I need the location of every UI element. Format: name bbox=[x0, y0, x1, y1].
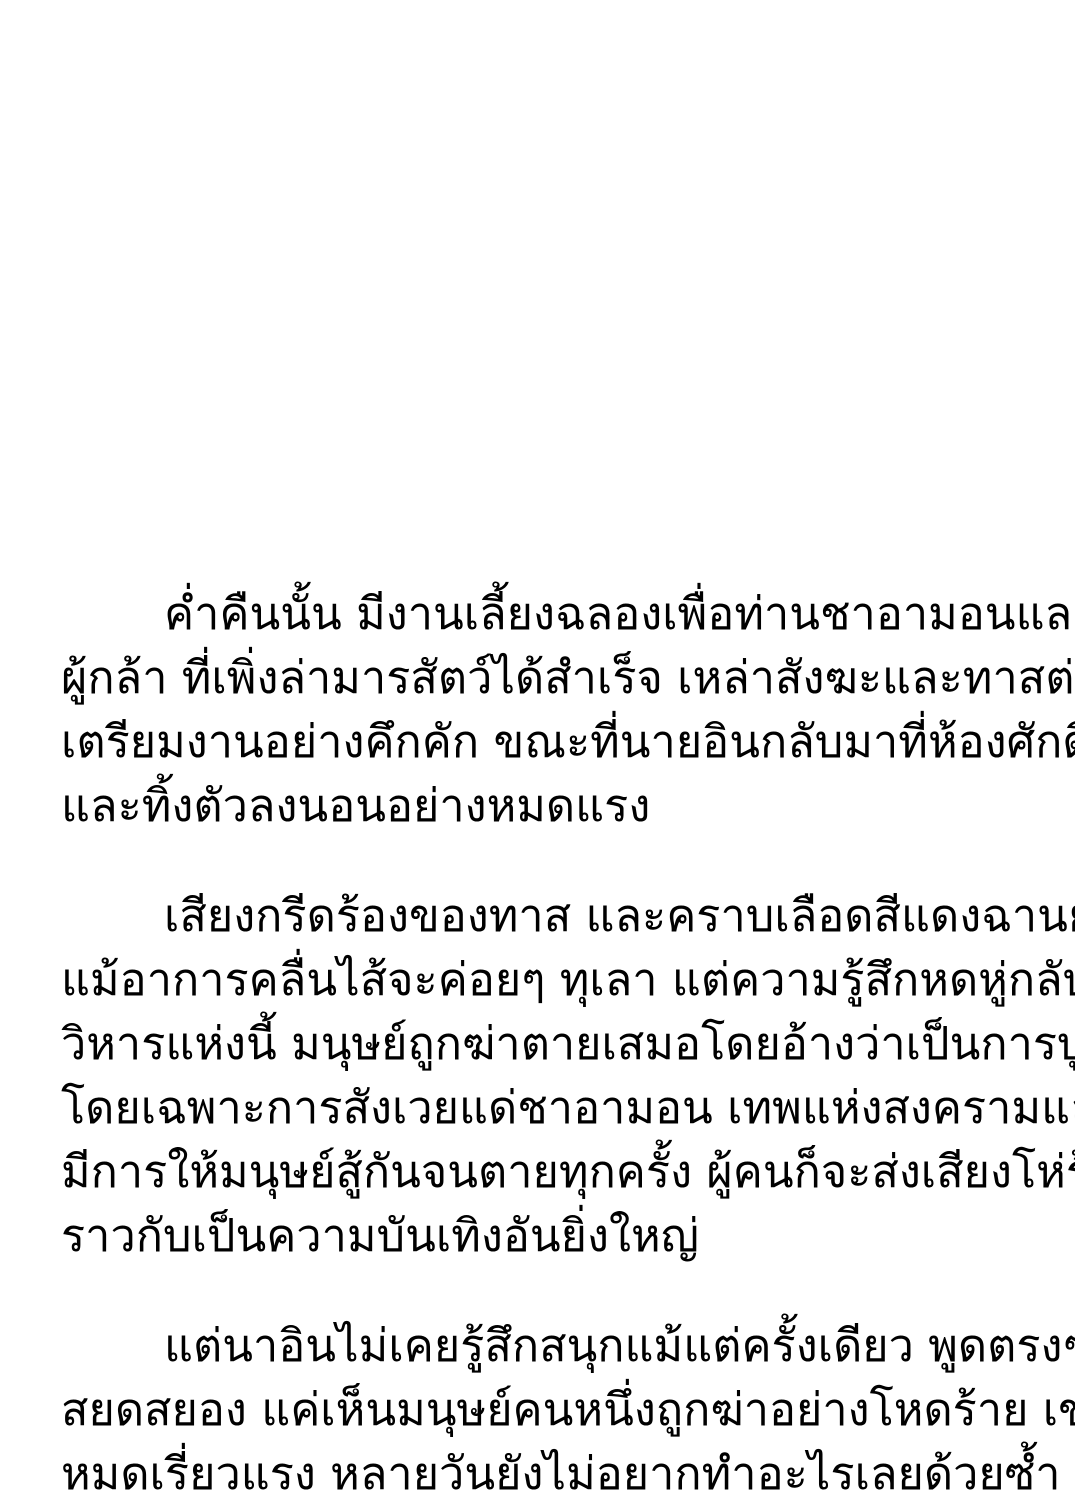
body-text: ค่ำคืนนั้น มีงานเลี้ยงฉลองเพื่อท่านชาอาม… bbox=[61, 582, 1019, 1500]
text-line: มีการให้มนุษย์สู้กันจนตายทุกครั้ง ผู้คนก… bbox=[61, 1140, 1019, 1204]
text-line: หมดเรี่ยวแรง หลายวันยังไม่อยากทำอะไรเลยด… bbox=[61, 1442, 1019, 1500]
text-line: เตรียมงานอย่างคึกคัก ขณะที่นายอินกลับมาท… bbox=[61, 710, 1019, 774]
text-line: แต่นาอินไม่เคยรู้สึกสนุกแม้แต่ครั้งเดียว… bbox=[61, 1314, 1019, 1378]
text-line: แม้อาการคลื่นไส้จะค่อยๆ ทุเลา แต่ความรู้… bbox=[61, 948, 1019, 1012]
text-line: สยดสยอง แค่เห็นมนุษย์คนหนึ่งถูกฆ่าอย่างโ… bbox=[61, 1378, 1019, 1442]
paragraph-3: แต่นาอินไม่เคยรู้สึกสนุกแม้แต่ครั้งเดียว… bbox=[61, 1314, 1019, 1500]
text-line: วิหารแห่งนี้ มนุษย์ถูกฆ่าตายเสมอโดยอ้างว… bbox=[61, 1012, 1019, 1076]
paragraph-1: ค่ำคืนนั้น มีงานเลี้ยงฉลองเพื่อท่านชาอาม… bbox=[61, 582, 1019, 838]
text-line: ผู้กล้า ที่เพิ่งล่ามารสัตว์ได้สำเร็จ เหล… bbox=[61, 646, 1019, 710]
text-line: เสียงกรีดร้องของทาส และคราบเลือดสีแดงฉาน… bbox=[61, 884, 1019, 948]
document-page: ค่ำคืนนั้น มีงานเลี้ยงฉลองเพื่อท่านชาอาม… bbox=[0, 0, 1075, 1500]
text-line: และทิ้งตัวลงนอนอย่างหมดแรง bbox=[61, 774, 1019, 838]
paragraph-2: เสียงกรีดร้องของทาส และคราบเลือดสีแดงฉาน… bbox=[61, 884, 1019, 1268]
text-line: ราวกับเป็นความบันเทิงอันยิ่งใหญ่ bbox=[61, 1204, 1019, 1268]
text-line: ค่ำคืนนั้น มีงานเลี้ยงฉลองเพื่อท่านชาอาม… bbox=[61, 582, 1019, 646]
text-line: โดยเฉพาะการสังเวยแด่ชาอามอน เทพแห่งสงครา… bbox=[61, 1076, 1019, 1140]
